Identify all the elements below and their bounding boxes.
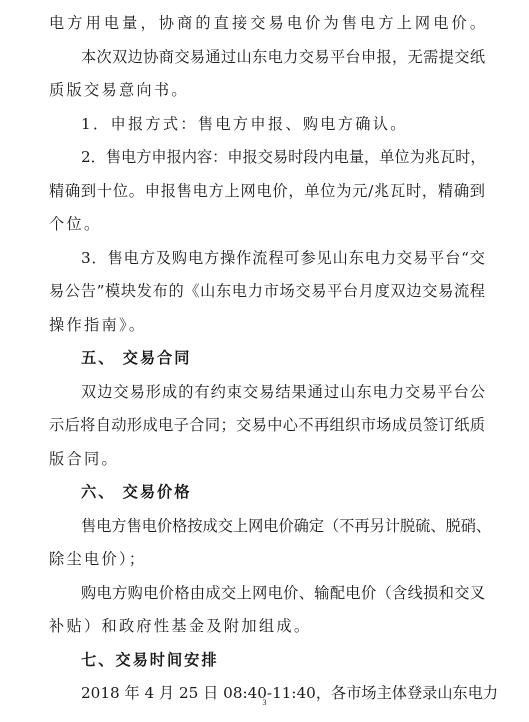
paragraph-line: 本次双边协商交易通过山东电力交易平台申报，无需提交纸 (49, 45, 485, 69)
paragraph-line: 操作指南》。 (49, 313, 485, 337)
section-heading: 七、交易时间安排 (49, 648, 485, 672)
paragraph-line: 版合同。 (49, 447, 485, 471)
paragraph-line: 质版交易意向书。 (49, 78, 485, 102)
list-item: 2．售电方申报内容：申报交易时段内电量，单位为兆瓦时， (49, 145, 485, 169)
list-item: 1．申报方式：售电方申报、购电方确认。 (49, 112, 485, 136)
paragraph-line: 双边交易形成的有约束交易结果通过山东电力交易平台公 (49, 380, 485, 404)
paragraph-line: 补贴）和政府性基金及附加组成。 (49, 614, 485, 638)
paragraph-line: 电方用电量，协商的直接交易电价为售电方上网电价。 (49, 11, 485, 35)
paragraph-line: 除尘电价）； (49, 547, 485, 571)
paragraph-line: 购电方购电价格由成交上网电价、输配电价（含线损和交叉 (49, 581, 485, 605)
paragraph-line: 个位。 (49, 212, 485, 236)
section-heading: 五、 交易合同 (49, 346, 485, 370)
page-number: 3 (0, 698, 529, 707)
paragraph-line: 售电方售电价格按成交上网电价确定（不再另计脱硫、脱硝、 (49, 514, 485, 538)
paragraph-line: 精确到十位。申报售电方上网电价，单位为元/兆瓦时，精确到 (49, 179, 485, 203)
paragraph-line: 示后将自动形成电子合同；交易中心不再组织市场成员签订纸质 (49, 413, 485, 437)
list-item: 3．售电方及购电方操作流程可参见山东电力交易平台“交 (49, 246, 485, 270)
paragraph-line: 易公告”模块发布的《山东电力市场交易平台月度双边交易流程 (49, 279, 485, 303)
section-heading: 六、 交易价格 (49, 480, 485, 504)
